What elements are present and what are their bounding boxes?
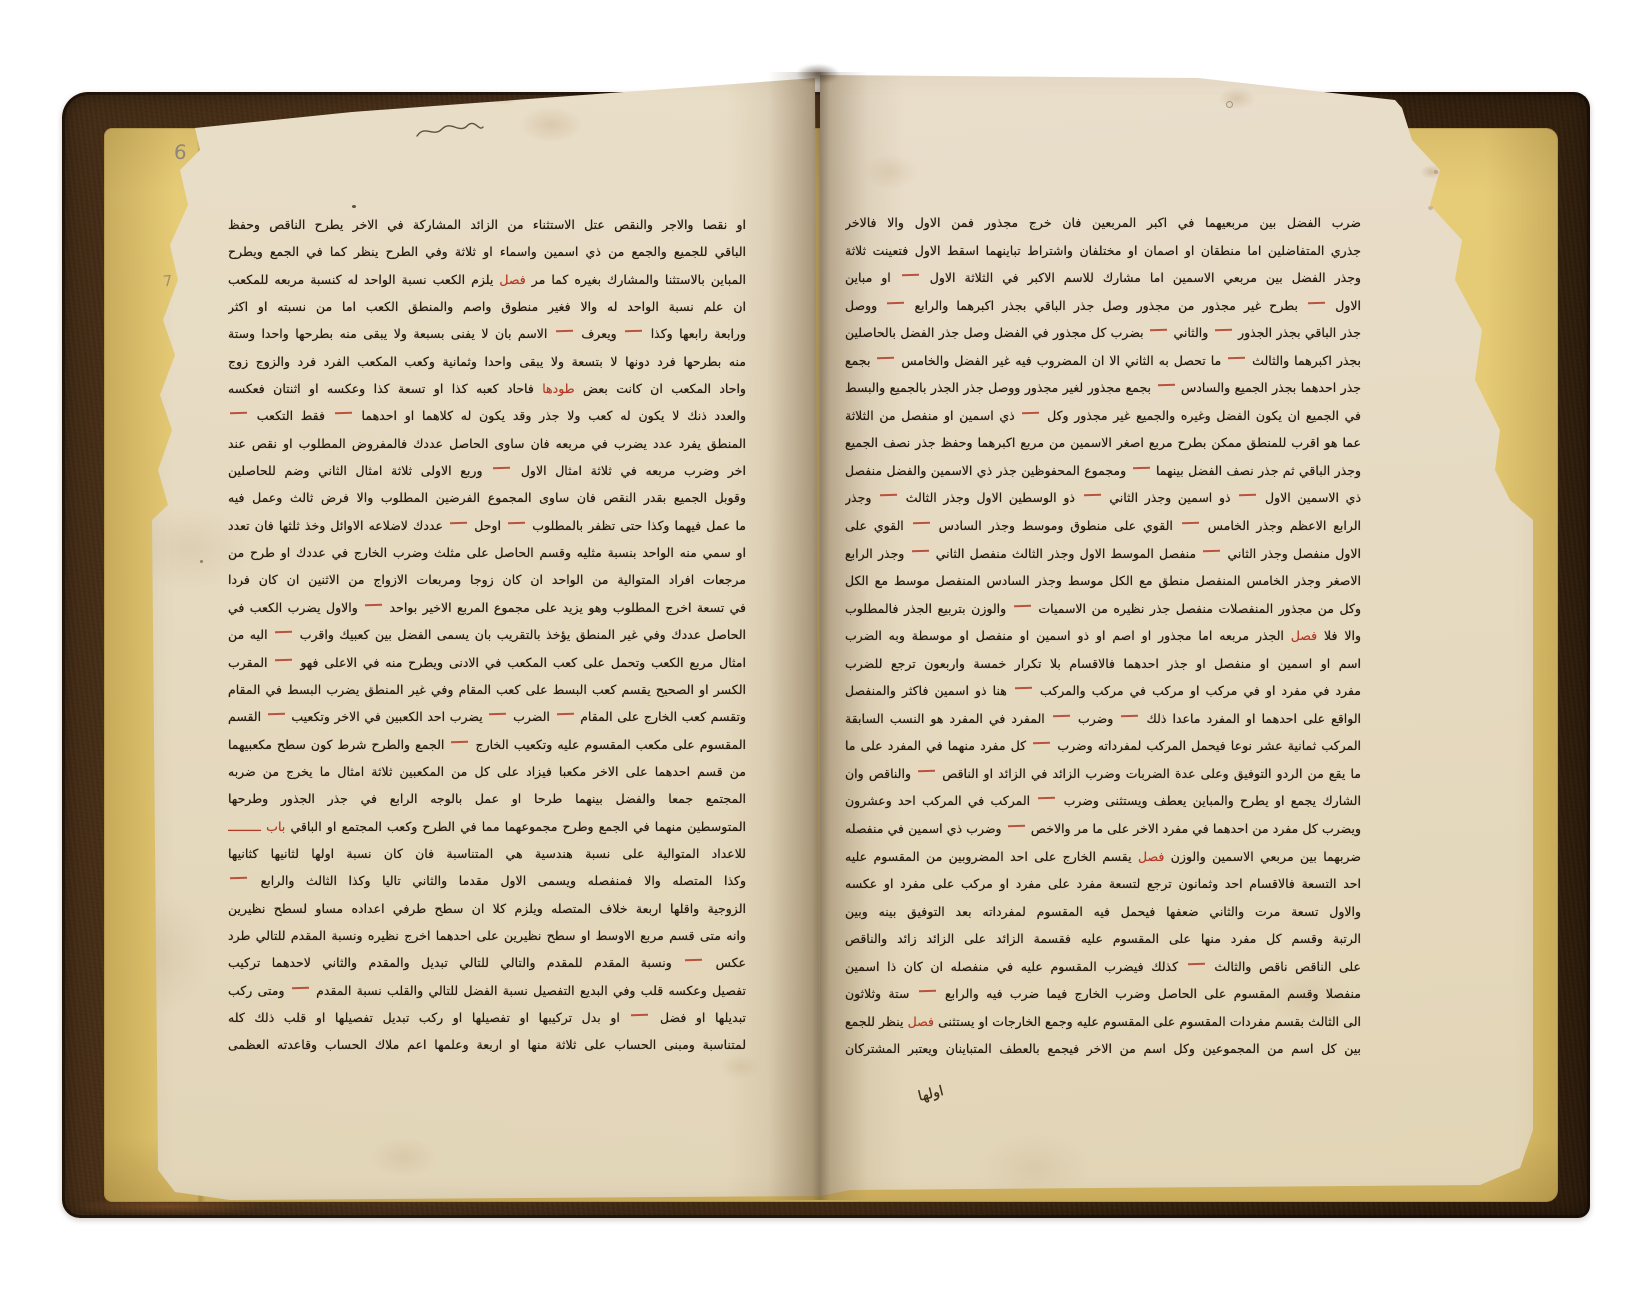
text-line: الى الثالث بقسم مفردات المقسوم على المقس… xyxy=(845,1008,1361,1036)
text-line: بجذر اكبرهما والثالث ما تحصل به الثاني ا… xyxy=(845,347,1361,375)
text-line: جذر احدهما بجذر الجميع والسادس بجمع مجذو… xyxy=(845,374,1361,402)
red-overline-mark xyxy=(268,713,285,716)
ink-text: المقسوم على مكعب المقسوم عليه وتكعيب الخ… xyxy=(476,737,746,752)
ink-text: من قسم احدهما على الاخر مكعبا فيزاد على … xyxy=(228,764,746,779)
red-overline-mark xyxy=(365,604,382,607)
ink-text: على الناقص ناقص والثالث xyxy=(1214,959,1361,974)
ink-squiggle xyxy=(415,120,485,148)
ink-text: منه بطرحها فرد دونها لا بتسعة ولا يبقى و… xyxy=(228,354,746,369)
ink-text: احد التسعة فالاقسام احد وثمانون ترجع لتس… xyxy=(845,876,1361,891)
stain-speck xyxy=(1434,170,1438,174)
text-line: الواقع على احدهما او المفرد ماعدا ذلك وض… xyxy=(845,705,1361,733)
text-line: الزوجية واقلها اربعة خلاف المتصله ويلزم … xyxy=(228,895,746,922)
text-line: الشارك يجمع او يطرح والمباين يعطف ويستثن… xyxy=(845,787,1361,815)
red-overline-mark xyxy=(493,467,510,470)
red-overline-mark xyxy=(1158,384,1175,387)
red-overline-mark xyxy=(625,330,642,333)
ink-text: بين كل اسم من المجموعين وكل اسم من الاخر… xyxy=(845,1041,1361,1056)
ink-text: وجذر الرابع xyxy=(845,546,904,561)
ink-text: ومتى ركب xyxy=(228,983,285,998)
wormhole-speck xyxy=(200,560,203,563)
ink-text: وضرب xyxy=(1078,711,1113,726)
stain-speck xyxy=(1428,206,1433,210)
text-line: ما يقع من الردو التوفيق وعلى عدة الضربات… xyxy=(845,760,1361,788)
ink-text: الحاصل عددك وفي غير المنطق يؤخذ بالتقريب… xyxy=(300,627,746,642)
red-overline-mark xyxy=(508,521,525,524)
ink-text: منفصل الموسط الاول وجذر الثالث منفصل الث… xyxy=(936,546,1196,561)
ink-text: والعدد ذنك لا يكون له كعب ولا جذر وقد يك… xyxy=(362,408,746,423)
ink-text: وقوبل الجميع بقدر النقص فان ساوى المجموع… xyxy=(228,490,746,505)
red-keyword: فصل xyxy=(499,272,525,287)
text-line: والا فلا فصل الجذر مربعه اما مجذور او اص… xyxy=(845,622,1361,650)
text-line: ان علم نسبة الواحد له والا فغير منطوق وا… xyxy=(228,293,746,320)
ink-text: الرتبة وقسم كل مفرد منها على المقسوم علي… xyxy=(845,931,1361,946)
text-line: ويضرب كل مفرد من احدهما في مفرد الاخر عل… xyxy=(845,815,1361,843)
ink-text: الاسم بان لا يفنى بسبعة ولا يبقى منه بطر… xyxy=(228,326,547,341)
text-line: وجذر الباقي ثم جذر نصف الفضل بينهما ومجم… xyxy=(845,457,1361,485)
red-overline-mark xyxy=(451,740,468,743)
text-line: اسم او اسمين او منفصل او جذر احدهما فالا… xyxy=(845,650,1361,678)
text-line: وجذر الفضل بين مربعي الاسمين اما مشارك ل… xyxy=(845,264,1361,292)
ink-text: جذري المتفاضلين اما منطقان او اصمان او م… xyxy=(845,243,1361,258)
red-overline-mark xyxy=(887,301,904,304)
text-line: وكل من مجذور المنفصلات منفصل جذر نظيره م… xyxy=(845,595,1361,623)
ink-text: القوي على منطوق وموسط وجذر السادس xyxy=(939,518,1173,533)
red-overline-mark xyxy=(1308,301,1325,304)
text-line: وانه متى قسم مربع الاوسط او سطح نظيرين ع… xyxy=(228,922,746,949)
text-line: ما عمل فيهما وكذا حتى تظفر بالمطلوب اوحل… xyxy=(228,512,746,539)
red-overline-mark xyxy=(557,713,574,716)
red-overline-mark xyxy=(1084,494,1101,497)
text-line: جذر الباقي بجذر الجذور والثاني بضرب كل م… xyxy=(845,319,1361,347)
ink-text: وكل من مجذور المنفصلات منفصل جذر نظيره م… xyxy=(1038,601,1361,616)
red-overline-mark xyxy=(489,713,506,716)
red-overline-mark xyxy=(1203,549,1220,552)
red-overline-mark xyxy=(1014,604,1031,607)
ink-text: ويضرب كل مفرد من احدهما في مفرد الاخر عل… xyxy=(1031,821,1361,836)
ink-text: ذي اسمين او منفصل من الثلاثة xyxy=(845,408,1015,423)
pencil-mark: 7 xyxy=(162,272,173,291)
red-overline-mark xyxy=(1008,825,1025,828)
red-overline-mark xyxy=(1182,522,1199,525)
red-overline-mark xyxy=(275,658,292,661)
ink-text: ضرب الفضل بين مربعيهما في اكبر المربعين … xyxy=(845,215,1361,230)
ink-text: وتقسم كعب الخارج على المقام xyxy=(580,709,746,724)
ink-text: الاول xyxy=(1335,298,1361,313)
text-line: والعدد ذنك لا يكون له كعب ولا جذر وقد يك… xyxy=(228,402,746,429)
left-text-block: او نقصا والاجر والنقص عتل الاستثناء من ا… xyxy=(228,211,746,1059)
red-keyword: فصل xyxy=(1138,849,1164,864)
ink-ring-speck xyxy=(1226,101,1233,108)
text-line: الحاصل عددك وفي غير المنطق يؤخذ بالتقريب… xyxy=(228,621,746,648)
text-line: وكذا المتصله والا فمنفصله ويسمى الاول مق… xyxy=(228,867,746,894)
text-line: على الناقص ناقص والثالث كذلك فيضرب المقس… xyxy=(845,953,1361,981)
red-overline-mark xyxy=(275,631,292,634)
ink-text: والثاني xyxy=(1173,325,1208,340)
red-overline-mark xyxy=(335,412,352,415)
red-overline-mark xyxy=(1150,329,1167,332)
text-line: او سمي منه الواحد بنسبة مثليه وقسم الحاص… xyxy=(228,539,746,566)
red-overline-mark xyxy=(230,877,247,880)
gutter-top-shadow xyxy=(796,64,840,84)
ink-text: والاول تسعة مرت والثاني ضعفها فيحمل فيه … xyxy=(845,904,1361,919)
ink-text: الى الثالث بقسم مفردات المقسوم على المقس… xyxy=(938,1014,1361,1029)
red-overline-mark xyxy=(292,986,309,989)
text-line: الرتبة وقسم كل مفرد منها على المقسوم علي… xyxy=(845,925,1361,953)
red-keyword: ـــــــــ xyxy=(228,819,261,834)
ink-text: الزوجية واقلها اربعة خلاف المتصله ويلزم … xyxy=(228,901,746,916)
ink-text: في الجميع ان يكون الفضل وغيره والجميع غي… xyxy=(1047,408,1361,423)
text-line: المتوسطين منهما في الجمع وطرح مجموعهما م… xyxy=(228,813,746,840)
ink-text: كذلك فيضرب المقسوم عليه في منفصله ان كان… xyxy=(845,959,1178,974)
ink-text: الجذر مربعه اما مجذور او اصم او ذو اسمين… xyxy=(845,628,1284,643)
ink-text: لمتناسبة ومبنى الحساب على ثلاثة منها او … xyxy=(228,1037,746,1052)
text-line: عما هو اقرب للمنطق ممكن بطرح مربع اصغر ا… xyxy=(845,429,1361,457)
folio-number: 6 xyxy=(173,140,187,165)
red-overline-mark xyxy=(880,494,897,497)
ink-text: والا فلا xyxy=(1324,628,1361,643)
ink-text: امثال مربع الكعب وتحمل على كعب المكعب في… xyxy=(300,655,746,670)
ink-text: ورابعة رابعها وكذا xyxy=(651,326,746,341)
text-line: من قسم احدهما على الاخر مكعبا فيزاد على … xyxy=(228,758,746,785)
ink-text: ذي الاسمين الاول xyxy=(1265,490,1361,505)
text-line: في الجميع ان يكون الفضل وغيره والجميع غي… xyxy=(845,402,1361,430)
wormhole-speck xyxy=(352,205,356,208)
ink-text: جذر احدهما بجذر الجميع والسادس xyxy=(1181,380,1361,395)
ink-text: وجذر الفضل بين مربعي الاسمين اما مشارك ل… xyxy=(930,270,1361,285)
ink-text: الجمع والطرح شرط كون سطح مكعبيهما xyxy=(228,737,444,752)
red-keyword: فصل xyxy=(1291,628,1317,643)
ink-text: مرجعات افراد المتوالية من الواحد ان كان … xyxy=(228,572,746,587)
text-line: عكس ونسبة المقدم للمقدم والتالي للتالي ت… xyxy=(228,949,746,976)
ink-text: ومجموع المحفوظين جذر ذي الاسمين والفضل م… xyxy=(845,463,1126,478)
text-line: في تسعة اخرج المطلوب وهو يزيد على مجموع … xyxy=(228,594,746,621)
ink-text: مفرد في مفرد او في مركب او مركب في مركب … xyxy=(1040,683,1361,698)
text-line: ذي الاسمين الاول ذو اسمين وجذر الثاني ذو… xyxy=(845,484,1361,512)
right-text-block: ضرب الفضل بين مربعيهما في اكبر المربعين … xyxy=(845,209,1361,1063)
ink-text: وجذر xyxy=(845,490,871,505)
ink-text: الرابع الاعظم وجذر الخامس xyxy=(1208,518,1361,533)
text-line: منه بطرحها فرد دونها لا بتسعة ولا يبقى و… xyxy=(228,348,746,375)
text-line: مرجعات افراد المتوالية من الواحد ان كان … xyxy=(228,566,746,593)
ink-text: عددك لاضلاعه الاوائل وخذ ثلثها فان تعدد xyxy=(228,518,443,533)
ink-text: بجذر اكبرهما والثالث xyxy=(1252,353,1361,368)
text-line: المجتمع جمعا والفضل بينهما طرحا او عمل ب… xyxy=(228,785,746,812)
ink-text: ووصل xyxy=(845,298,877,313)
ink-text: المركب ثمانية عشر نوعا فيحمل المركب لمفر… xyxy=(1057,738,1361,753)
red-overline-mark xyxy=(1022,412,1039,415)
ink-text: ما تحصل به الثاني الا ان المضروب فيه غير… xyxy=(901,353,1221,368)
ink-text: الباقي للجميع والجمع من ذي اسمين واسماء … xyxy=(228,244,746,259)
ink-text: القسم xyxy=(228,709,261,724)
ink-text: واحاد المكعب ان كانت بعض xyxy=(583,381,746,396)
ink-text: يضرب احد الكعبين في الاخر وتكعيب xyxy=(291,709,482,724)
text-line: وتقسم كعب الخارج على المقام الضرب يضرب ا… xyxy=(228,703,746,730)
ink-text: وانه متى قسم مربع الاوسط او سطح نظيرين ع… xyxy=(228,928,746,943)
ink-text: فقط التكعب xyxy=(257,408,325,423)
text-line: وقوبل الجميع بقدر النقص فان ساوى المجموع… xyxy=(228,484,746,511)
ink-text: تبديلها او فضل xyxy=(660,1010,746,1025)
ink-text: بجمع مجذور لغير مجذور ووصل جذر الجذر بال… xyxy=(845,380,1151,395)
ink-text: وجذر الباقي ثم جذر نصف الفضل بينهما xyxy=(1156,463,1361,478)
ink-text: المجتمع جمعا والفضل بينهما طرحا او عمل ب… xyxy=(228,791,746,806)
ink-text: وضرب ذي اسمين في منفصله xyxy=(845,821,1002,836)
text-line: الباقي للجميع والجمع من ذي اسمين واسماء … xyxy=(228,238,746,265)
ink-text: والوزن بتربيع الجذر فالمطلوب xyxy=(845,601,1006,616)
ink-text: ما عمل فيهما وكذا حتى تظفر بالمطلوب xyxy=(532,518,746,533)
ink-text: ونسبة المقدم للمقدم والتالي للتالي تبديل… xyxy=(228,955,672,970)
ink-text: ستة وثلاثون xyxy=(845,986,909,1001)
ink-text: المباين بالاستثنا والمشارك بغيره كما مر xyxy=(532,272,746,287)
ink-text: الشارك يجمع او يطرح والمباين يعطف ويستثن… xyxy=(1064,793,1361,808)
ink-text: ذو اسمين وجذر الثاني xyxy=(1109,490,1230,505)
text-line: اخر وضرب مربعه في ثلاثة امثال الاول وربع… xyxy=(228,457,746,484)
text-line: منفصلا وقسم المقسوم على الحاصل وضرب الخا… xyxy=(845,980,1361,1008)
ink-text: عما هو اقرب للمنطق ممكن بطرح مربع اصغر ا… xyxy=(845,435,1361,450)
ink-text: الضرب xyxy=(513,709,550,724)
ink-text: منفصلا وقسم المقسوم على الحاصل وضرب الخا… xyxy=(945,986,1361,1001)
text-line: للاعداد المتوالية على نسبة هندسية هي الم… xyxy=(228,840,746,867)
ink-text: وربع الاولى ثلاثة امثال الثاني وضم للحاص… xyxy=(228,463,483,478)
ink-text: يلزم الكعب نسبة الواحد له كنسبة مربعه لل… xyxy=(228,272,493,287)
text-line: الاول منفصل وجذر الثاني منفصل الموسط الا… xyxy=(845,540,1361,568)
text-line: المباين بالاستثنا والمشارك بغيره كما مر … xyxy=(228,266,746,293)
text-line: المركب ثمانية عشر نوعا فيحمل المركب لمفر… xyxy=(845,732,1361,760)
red-overline-mark xyxy=(1133,467,1150,470)
red-keyword: باب xyxy=(266,819,285,834)
ink-text: فاحاد كعبه كذا او تسعة كذا وعكسه او اثنت… xyxy=(228,381,534,396)
red-overline-mark xyxy=(919,990,936,993)
ink-text: الواقع على احدهما او المفرد ماعدا ذلك xyxy=(1147,711,1362,726)
ink-text: يقسم الخارج على احد المضروبين من المقسوم… xyxy=(845,849,1132,864)
text-line: الرابع الاعظم وجذر الخامس القوي على منطو… xyxy=(845,512,1361,540)
text-line: الكسر او الصحيح يقسم كعب البسط على كعب ا… xyxy=(228,676,746,703)
ink-text: او بدل تركيبها او تفصيلها او ركب تبديل ت… xyxy=(228,1010,620,1025)
text-line: ورابعة رابعها وكذا ويعرف الاسم بان لا يف… xyxy=(228,320,746,347)
ink-text: هنا ذو اسمين فاكثر والمنفصل xyxy=(845,683,1007,698)
red-overline-mark xyxy=(877,356,894,359)
text-line: الاصغر وجذر الخامس المنفصل منطق مع الكل … xyxy=(845,567,1361,595)
ink-text: الكسر او الصحيح يقسم كعب البسط على كعب ا… xyxy=(228,682,746,697)
ink-text: المنطق يفرد عدد يضرب في مربعه فان ساوى ا… xyxy=(228,436,746,457)
red-overline-mark xyxy=(1038,797,1055,800)
ink-text: الاول منفصل وجذر الثاني xyxy=(1227,546,1361,561)
ink-text: بجمع xyxy=(845,353,870,368)
ink-text: عكس xyxy=(716,955,746,970)
ink-text: في تسعة اخرج المطلوب وهو يزيد على مجموع … xyxy=(390,600,746,615)
ink-text: والناقص وان xyxy=(845,766,911,781)
red-overline-mark xyxy=(1053,715,1070,718)
red-overline-mark xyxy=(685,959,702,962)
ink-text: المفرد في المفرد هو النسب السابقة xyxy=(845,711,1045,726)
red-overline-mark xyxy=(913,522,930,525)
ink-text: او مباين xyxy=(845,270,891,285)
ink-text: ان علم نسبة الواحد له والا فغير منطوق وا… xyxy=(228,299,746,314)
ink-text: اخر وضرب مربعه في ثلاثة امثال الاول xyxy=(521,463,746,478)
ink-text: ضربهما بين مربعي الاسمين والوزن xyxy=(1171,849,1361,864)
text-line: بين كل اسم من المجموعين وكل اسم من الاخر… xyxy=(845,1035,1361,1063)
ink-text: ذو الوسطين الاول وجذر الثالث xyxy=(906,490,1075,505)
red-overline-mark xyxy=(1239,494,1256,497)
manuscript-photo: 6 7 او نقصا والاجر والنقص عتل الاستثناء … xyxy=(0,0,1626,1300)
ink-text: ويعرف xyxy=(581,326,616,341)
red-overline-mark xyxy=(1188,962,1205,965)
text-line: المقسوم على مكعب المقسوم عليه وتكعيب الخ… xyxy=(228,731,746,758)
ink-text: او نقصا والاجر والنقص عتل الاستثناء من ا… xyxy=(228,217,746,232)
text-line: لمتناسبة ومبنى الحساب على ثلاثة منها او … xyxy=(228,1031,746,1058)
ink-text: جذر الباقي بجذر الجذور xyxy=(1238,325,1361,340)
text-line: الاول بطرح غير مجذور من مجذور وصل جذر ال… xyxy=(845,292,1361,320)
ink-text: الاصغر وجذر الخامس المنفصل منطق مع الكل … xyxy=(845,573,1361,595)
ink-text: ما يقع من الردو التوفيق وعلى عدة الضربات… xyxy=(942,766,1361,781)
text-line: ضرب الفضل بين مربعيهما في اكبر المربعين … xyxy=(845,209,1361,237)
red-overline-mark xyxy=(1033,742,1050,745)
text-line: واحاد المكعب ان كانت بعض طودها فاحاد كعب… xyxy=(228,375,746,402)
red-overline-mark xyxy=(230,412,247,415)
text-line: تبديلها او فضل او بدل تركيبها او تفصيلها… xyxy=(228,1004,746,1031)
text-line: او نقصا والاجر والنقص عتل الاستثناء من ا… xyxy=(228,211,746,238)
red-overline-mark xyxy=(450,521,467,524)
text-line: والاول تسعة مرت والثاني ضعفها فيحمل فيه … xyxy=(845,898,1361,926)
red-overline-mark xyxy=(902,274,919,277)
red-overline-mark xyxy=(912,549,929,552)
ink-text: اسم او اسمين او منفصل او جذر احدهما فالا… xyxy=(845,656,1361,671)
red-keyword: طودها xyxy=(542,381,574,396)
red-overline-mark xyxy=(1121,715,1138,718)
ink-text: تفصيل وعكسه قلب وفي البديع التفصيل نسبة … xyxy=(316,983,746,998)
text-line: احد التسعة فالاقسام احد وثمانون ترجع لتس… xyxy=(845,870,1361,898)
ink-text: اوحل xyxy=(474,518,501,533)
red-keyword: فصل xyxy=(908,1014,934,1029)
text-line: جذري المتفاضلين اما منطقان او اصمان او م… xyxy=(845,237,1361,265)
red-overline-mark xyxy=(631,1014,648,1017)
text-line: ضربهما بين مربعي الاسمين والوزن فصل يقسم… xyxy=(845,843,1361,871)
red-overline-mark xyxy=(556,330,573,333)
red-overline-mark xyxy=(1015,687,1032,690)
text-line: مفرد في مفرد او في مركب او مركب في مركب … xyxy=(845,677,1361,705)
red-overline-mark xyxy=(918,770,935,773)
ink-text: او سمي منه الواحد بنسبة مثليه وقسم الحاص… xyxy=(228,545,746,566)
red-overline-mark xyxy=(1228,356,1245,359)
text-line: امثال مربع الكعب وتحمل على كعب المكعب في… xyxy=(228,649,746,676)
red-overline-mark xyxy=(1215,329,1232,332)
ink-text: المتوسطين منهما في الجمع وطرح مجموعهما م… xyxy=(290,819,746,834)
text-line: تفصيل وعكسه قلب وفي البديع التفصيل نسبة … xyxy=(228,977,746,1004)
text-line: المنطق يفرد عدد يضرب في مربعه فان ساوى ا… xyxy=(228,430,746,457)
ink-text: بطرح غير مجذور من مجذور وصل جذر الباقي ب… xyxy=(914,298,1298,313)
ink-text: بضرب كل مجذور في الفضل وصل جذر الفضل بال… xyxy=(845,325,1144,340)
ink-text: للاعداد المتوالية على نسبة هندسية هي الم… xyxy=(228,846,746,861)
ink-text: المركب في المركب احد وعشرون xyxy=(845,793,1030,808)
ink-text: وكذا المتصله والا فمنفصله ويسمى الاول مق… xyxy=(261,873,746,888)
ink-text: ينظر للجمع xyxy=(845,1014,903,1029)
